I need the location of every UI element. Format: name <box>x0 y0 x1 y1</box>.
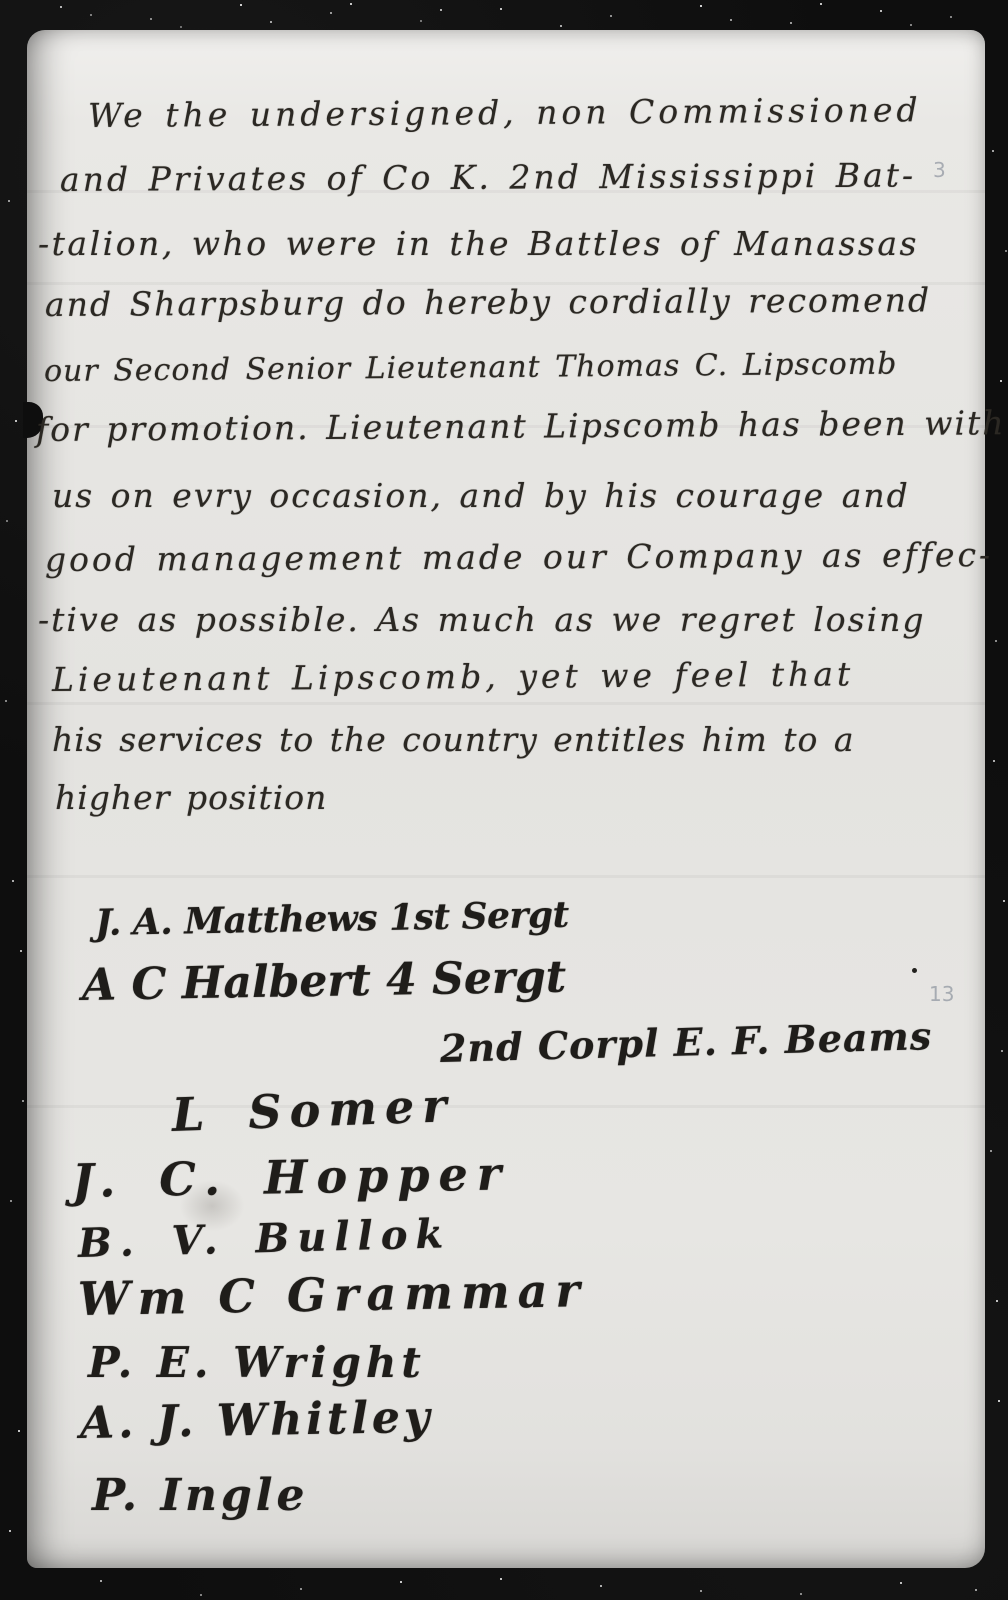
scanned-letter-screenshot: { "doc": { "body_lines": [ "We the under… <box>0 0 1008 1600</box>
letter-line-12: higher position <box>55 778 327 817</box>
signature-ingle: P. Ingle <box>92 1470 309 1521</box>
fold-line <box>27 702 985 705</box>
letter-line-6: for promotion. Lieutenant Lipscomb has b… <box>36 403 1006 449</box>
fold-line <box>27 875 985 878</box>
margin-mark-upper: 3 <box>933 158 946 182</box>
letter-line-11: his services to the country entitles him… <box>52 720 855 759</box>
signature-hopper: J. C. Hopper <box>72 1146 511 1208</box>
letter-line-2: and Privates of Co K. 2nd Mississippi Ba… <box>60 156 916 199</box>
signature-halbert: A C Halbert 4 Sergt <box>82 952 567 1011</box>
signature-beams: 2nd Corpl E. F. Beams <box>439 1013 932 1071</box>
letter-line-1: We the undersigned, non Commissioned <box>88 90 922 135</box>
letter-line-8: good management made our Company as effe… <box>45 535 993 579</box>
ink-dot <box>912 968 917 973</box>
signature-wright: P. E. Wright <box>88 1338 426 1387</box>
signature-bullok: B. V. Bullok <box>77 1210 451 1267</box>
scan-background: We the undersigned, non Commissioned and… <box>0 0 1008 1600</box>
document-page: We the undersigned, non Commissioned and… <box>27 30 985 1568</box>
letter-line-3: -talion, who were in the Battles of Mana… <box>38 224 919 263</box>
letter-line-4: and Sharpsburg do hereby cordially recom… <box>45 280 931 324</box>
signature-matthews: J. A. Matthews 1st Sergt <box>95 894 569 944</box>
letter-line-9: -tive as possible. As much as we regret … <box>38 600 926 639</box>
letter-line-5: our Second Senior Lieutenant Thomas C. L… <box>44 347 898 389</box>
signature-somer: L Somer <box>171 1078 455 1142</box>
letter-line-10: Lieutenant Lipscomb, yet we feel that <box>52 654 854 699</box>
dust-speckles <box>0 0 2 2</box>
signature-grammar: Wm C Grammar <box>78 1263 589 1326</box>
signature-whitley: A. J. Whitley <box>80 1392 434 1449</box>
letter-line-7: us on evry occasion, and by his courage … <box>52 476 910 515</box>
margin-mark-lower: 13 <box>929 982 954 1006</box>
